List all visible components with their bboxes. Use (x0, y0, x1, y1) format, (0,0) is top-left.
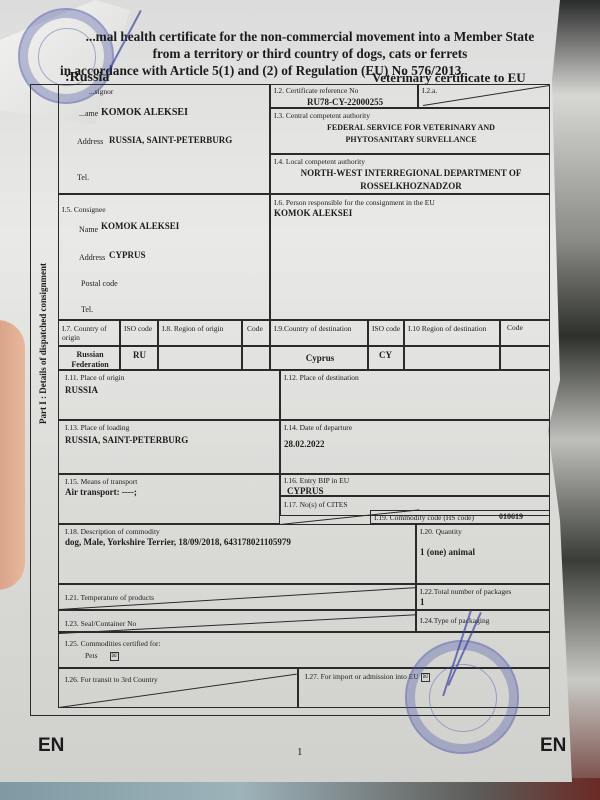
central-authority-line-2: PHYTOSANITARY SURVELLANCE (271, 135, 551, 144)
responsible-person-name: KOMOK ALEKSEI (274, 208, 352, 218)
language-code-right: EN (540, 735, 566, 757)
entry-bip-value: CYPRUS (287, 486, 324, 496)
cites-label: I.17. No(s) of CITES (284, 500, 348, 509)
description-box: I.18. Description of commodity dog, Male… (58, 524, 416, 584)
seal-label: I.23. Seal/Container No (65, 619, 136, 628)
certificate-reference-number: RU78-CY-22000255 (307, 97, 383, 107)
total-packages-box: I.22.Total number of packages 1 (416, 584, 550, 610)
date-of-departure-box: I.14. Date of departure 28.02.2022 (280, 420, 550, 474)
place-of-loading-label: I.13. Place of loading (65, 423, 129, 432)
total-packages-value: 1 (420, 597, 425, 607)
origin-code-header: Code (242, 320, 270, 346)
consignee-tel-label: Tel. (81, 305, 93, 314)
strike-line (423, 85, 550, 106)
local-authority-line-1: NORTH-WEST INTERREGIONAL DEPARTMENT OF (271, 168, 551, 178)
date-of-departure-label: I.14. Date of departure (284, 423, 352, 432)
entry-bip-label: I.16. Entry BIP in EU (284, 476, 349, 485)
transit-label: I.26. For transit to 3rd Country (65, 675, 158, 684)
consignee-name: KOMOK ALEKSEI (101, 221, 179, 231)
origin-region-label: I.8. Region of origin (162, 324, 223, 333)
place-of-destination-box: I.12. Place of destination (280, 370, 550, 420)
consignor-address-label: Address (77, 137, 103, 146)
central-authority-box: I.3. Central competent authority FEDERAL… (270, 108, 550, 154)
place-of-loading-value: RUSSIA, SAINT-PETERBURG (65, 435, 188, 445)
language-code-left: EN (38, 735, 64, 757)
page-number: 1 (297, 746, 303, 758)
origin-country-value: Russian Federation (59, 350, 121, 370)
origin-iso-header: ISO code (120, 320, 158, 346)
local-authority-label: I.4. Local competent authority (274, 157, 365, 166)
responsible-person-box: I.6. Person responsible for the consignm… (270, 194, 550, 320)
origin-code-label: Code (247, 324, 263, 333)
temperature-box: I.21. Temperature of products (58, 584, 416, 610)
packaging-type-box: I.24.Type of packaging (416, 610, 550, 632)
destination-iso-header: ISO code (368, 320, 404, 346)
place-of-destination-label: I.12. Place of destination (284, 373, 359, 382)
quantity-box: I.20. Quantity 1 (one) animal (416, 524, 550, 584)
origin-iso-cell: RU (120, 346, 158, 370)
origin-country-label: I.7. Country of origin (62, 324, 118, 342)
consignor-box: ...signor ...ame KOMOK ALEKSEI Address R… (58, 84, 270, 194)
origin-region-header: I.8. Region of origin (158, 320, 242, 346)
destination-region-label: I.10 Region of destination (408, 324, 486, 333)
quantity-value: 1 (one) animal (420, 547, 475, 557)
local-authority-box: I.4. Local competent authority NORTH-WES… (270, 154, 550, 194)
certificate-reference-2a-box: I.2.a. (418, 84, 550, 108)
means-of-transport-value: Air transport: ----; (65, 487, 137, 497)
destination-iso-cell: CY (368, 346, 404, 370)
description-value: dog, Male, Yorkshire Terrier, 18/09/2018… (65, 537, 291, 547)
consignee-label: I.5. Consignee (62, 205, 106, 214)
pets-checkbox[interactable]: ☒ (110, 652, 119, 661)
certificate-reference-2a-label: I.2.a. (422, 86, 437, 95)
destination-region-cell (404, 346, 500, 370)
place-of-loading-box: I.13. Place of loading RUSSIA, SAINT-PET… (58, 420, 280, 474)
consignee-postal-label: Postal code (81, 279, 118, 288)
consignee-name-label: Name (79, 225, 98, 234)
destination-country-value: Cyprus (271, 353, 369, 363)
destination-country-header: I.9.Country of destination (270, 320, 368, 346)
total-packages-label: I.22.Total number of packages (420, 587, 511, 596)
quantity-label: I.20. Quantity (420, 527, 462, 536)
certified-for-option: Pets☒ (85, 651, 119, 661)
consignee-address-label: Address (79, 253, 105, 262)
commodity-code-value: 010619 (499, 512, 523, 521)
consignor-label: ...signor (89, 87, 113, 96)
pets-option-label: Pets (85, 651, 98, 660)
origin-region-cell (158, 346, 242, 370)
temperature-label: I.21. Temperature of products (65, 593, 154, 602)
consignee-address: CYPRUS (109, 250, 146, 260)
title-line-1: ...mal health certificate for the non-co… (60, 28, 560, 45)
responsible-person-label: I.6. Person responsible for the consignm… (274, 198, 435, 207)
transit-box: I.26. For transit to 3rd Country (58, 668, 298, 708)
certificate-reference-box: I.2. Certificate reference No RU78-CY-22… (270, 84, 418, 108)
title-line-2: from a territory or third country of dog… (60, 45, 560, 62)
central-authority-label: I.3. Central competent authority (274, 111, 370, 120)
consignor-name-label: ...ame (79, 109, 98, 118)
origin-country-cell: Russian Federation (58, 346, 120, 370)
consignor-tel-label: Tel. (77, 173, 89, 182)
destination-code-cell (500, 346, 550, 370)
central-authority-line-1: FEDERAL SERVICE FOR VETERINARY AND (271, 123, 551, 132)
commodity-code-box: I.19. Commodity code (HS code) 010619 (370, 510, 550, 524)
place-of-origin-label: I.11. Place of origin (65, 373, 125, 382)
description-label: I.18. Description of commodity (65, 527, 160, 536)
entry-bip-box: I.16. Entry BIP in EU CYPRUS (280, 474, 550, 496)
destination-code-header: Code (500, 320, 550, 346)
origin-iso-value: RU (133, 350, 146, 360)
certificate-form: Part I : Details of dispatched consignme… (30, 84, 550, 716)
local-authority-line-2: ROSSELKHOZNADZOR (271, 181, 551, 191)
certificate-reference-label: I.2. Certificate reference No (274, 86, 358, 95)
destination-code-label: Code (507, 323, 523, 332)
place-of-origin-box: I.11. Place of origin RUSSIA (58, 370, 280, 420)
commodity-code-label: I.19. Commodity code (HS code) (374, 513, 474, 522)
import-label: I.27. For import or admission into EU (305, 672, 419, 681)
seal-box: I.23. Seal/Container No (58, 610, 416, 632)
destination-region-header: I.10 Region of destination (404, 320, 500, 346)
consignor-address: RUSSIA, SAINT-PETERBURG (109, 135, 232, 145)
means-of-transport-label: I.15. Means of transport (65, 477, 137, 486)
date-of-departure-value: 28.02.2022 (284, 439, 325, 449)
part-label: Part I : Details of dispatched consignme… (38, 274, 48, 424)
destination-country-cell: Cyprus (270, 346, 368, 370)
part-sidebar: Part I : Details of dispatched consignme… (30, 84, 59, 474)
origin-iso-label: ISO code (124, 324, 152, 333)
origin-country-header: I.7. Country of origin (58, 320, 120, 346)
thumb (0, 320, 25, 590)
destination-iso-label: ISO code (372, 324, 400, 333)
origin-code-cell (242, 346, 270, 370)
place-of-origin-value: RUSSIA (65, 385, 98, 395)
destination-country-label: I.9.Country of destination (274, 324, 352, 333)
consignor-name: KOMOK ALEKSEI (101, 107, 188, 118)
consignee-box: I.5. Consignee Name KOMOK ALEKSEI Addres… (58, 194, 270, 320)
certified-for-label: I.25. Commodities certified for: (65, 639, 161, 648)
destination-iso-value: CY (379, 350, 392, 360)
means-of-transport-box: I.15. Means of transport Air transport: … (58, 474, 280, 524)
